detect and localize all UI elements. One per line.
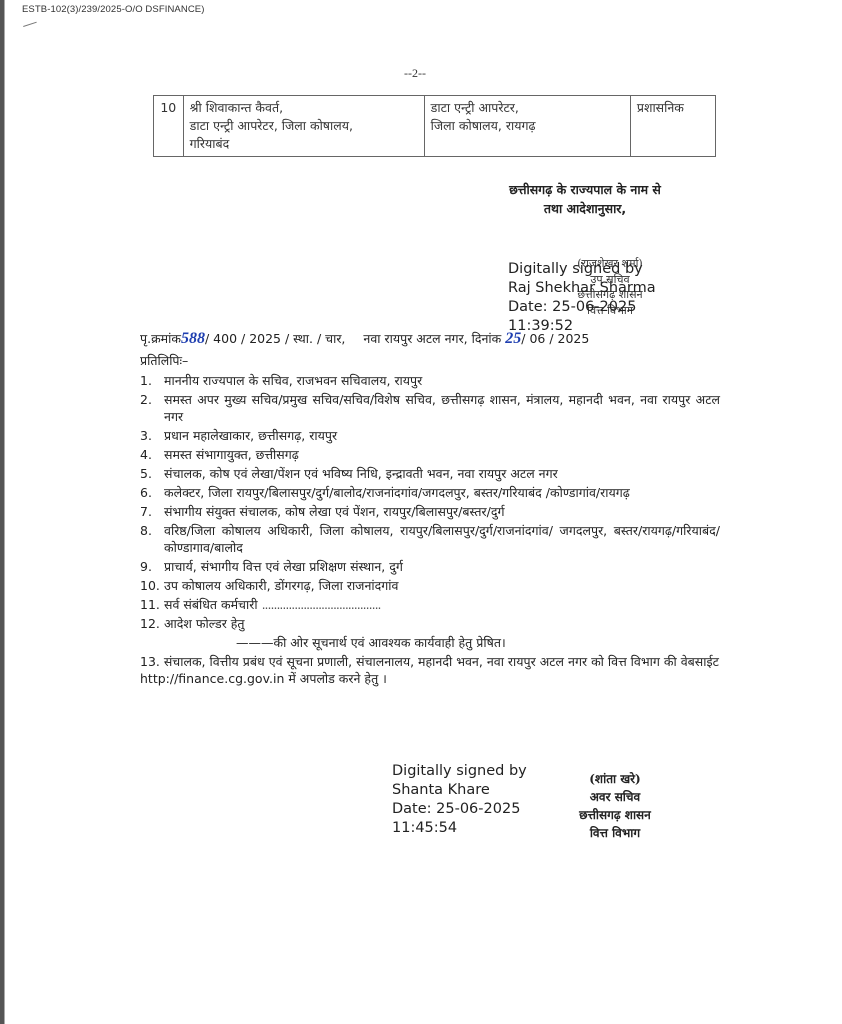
dsig2-line-1: Digitally signed by (392, 762, 527, 781)
list-item: 7.संभागीय संयुक्त संचालक, कोष लेखा एवं प… (140, 503, 720, 520)
dsig1-line-1: Digitally signed by (508, 260, 656, 279)
new-place-line: जिला कोषालय, रायगढ़ (431, 117, 624, 135)
list-item-13: 13. संचालक, वित्तीय प्रबंध एवं सूचना प्र… (140, 653, 720, 687)
digital-signature-2: Digitally signed by Shanta Khare Date: 2… (392, 762, 527, 838)
page-number: --2-- (404, 66, 426, 81)
list-item: 11.सर्व संबंधित कर्मचारी ...............… (140, 596, 720, 613)
list-item: 10.उप कोषालय अधिकारी, डोंगरगढ़, जिला राज… (140, 577, 720, 594)
cell-reason: प्रशासनिक (630, 96, 715, 157)
forwarding-line: ———की ओर सूचनार्थ एवं आवश्यक कार्यवाही ह… (140, 634, 720, 651)
ref-date-suffix: / 06 / 2025 (521, 331, 589, 346)
handwritten-day: 25 (505, 330, 521, 347)
signatory2-designation: अवर सचिव (560, 788, 670, 806)
transfer-table: 10 श्री शिवाकान्त कैवर्त, डाटा एन्ट्री आ… (153, 95, 716, 157)
copy-to-list: 1.माननीय राज्यपाल के सचिव, राजभवन सचिवाल… (140, 372, 720, 687)
file-number: ESTB-102(3)/239/2025-O/O DSFINANCE) (22, 4, 204, 15)
signatory2-department: वित्त विभाग (560, 824, 670, 842)
governor-line-2: तथा आदेशानुसार, (470, 199, 700, 218)
list-item: 5.संचालक, कोष एवं लेखा/पेंशन एवं भविष्य … (140, 465, 720, 482)
cell-new-posting: डाटा एन्ट्री आपरेटर, जिला कोषालय, रायगढ़ (424, 96, 630, 157)
governor-line-1: छत्तीसगढ़ के राज्यपाल के नाम से (470, 180, 700, 199)
list-item: 9.प्राचार्य, संभागीय वित्त एवं लेखा प्रश… (140, 558, 720, 575)
handwritten-ref-number: 588 (181, 330, 205, 347)
ref-place-date: नवा रायपुर अटल नगर, दिनांक (363, 331, 501, 346)
dsig1-line-3: Date: 25-06-2025 (508, 298, 656, 317)
ref-prefix: पृ.क्रमांक (140, 331, 181, 346)
dsig2-line-2: Shanta Khare (392, 781, 527, 800)
copy-to-label: प्रतिलिपिः– (140, 352, 188, 369)
reference-line: पृ.क्रमांक588/ 400 / 2025 / स्था. / चार,… (140, 330, 589, 348)
signatory2-name: (शांता खरे) (560, 770, 670, 788)
list-item: 12.आदेश फोल्डर हेतु (140, 615, 720, 632)
handwritten-tick-mark (21, 16, 36, 27)
signatory2-hindi-block: (शांता खरे) अवर सचिव छत्तीसगढ़ शासन वित्… (560, 770, 670, 842)
list-item: 4.समस्त संभागायुक्त, छत्तीसगढ़ (140, 446, 720, 463)
new-post-line: डाटा एन्ट्री आपरेटर, (431, 99, 624, 117)
table-row: 10 श्री शिवाकान्त कैवर्त, डाटा एन्ट्री आ… (154, 96, 716, 157)
cell-serial-number: 10 (154, 96, 184, 157)
dsig2-line-4: 11:45:54 (392, 819, 527, 838)
governor-order-text: छत्तीसगढ़ के राज्यपाल के नाम से तथा आदेश… (470, 180, 700, 218)
dsig2-line-3: Date: 25-06-2025 (392, 800, 527, 819)
blank-dots: ........................................ (262, 597, 381, 612)
list-item: 2.समस्त अपर मुख्य सचिव/प्रमुख सचिव/सचिव/… (140, 391, 720, 425)
list-item: 1.माननीय राज्यपाल के सचिव, राजभवन सचिवाल… (140, 372, 720, 389)
employee-place-line: गरियाबंद (190, 135, 418, 153)
digital-signature-1: Digitally signed by Raj Shekhar Sharma D… (508, 260, 656, 336)
employee-name-line: श्री शिवाकान्त कैवर्त, (190, 99, 418, 117)
dsig1-line-2: Raj Shekhar Sharma (508, 279, 656, 298)
list-item: 8.वरिष्ठ/जिला कोषालय अधिकारी, जिला कोषाल… (140, 522, 720, 556)
signatory2-government: छत्तीसगढ़ शासन (560, 806, 670, 824)
list-item: 3.प्रधान महालेखाकार, छत्तीसगढ़, रायपुर (140, 427, 720, 444)
scan-left-border (0, 0, 5, 1024)
employee-post-line: डाटा एन्ट्री आपरेटर, जिला कोषालय, (190, 117, 418, 135)
cell-employee-name: श्री शिवाकान्त कैवर्त, डाटा एन्ट्री आपरे… (183, 96, 424, 157)
ref-middle: / 400 / 2025 / स्था. / चार, (205, 331, 345, 346)
list-item: 6.कलेक्टर, जिला रायपुर/बिलासपुर/दुर्ग/बा… (140, 484, 720, 501)
